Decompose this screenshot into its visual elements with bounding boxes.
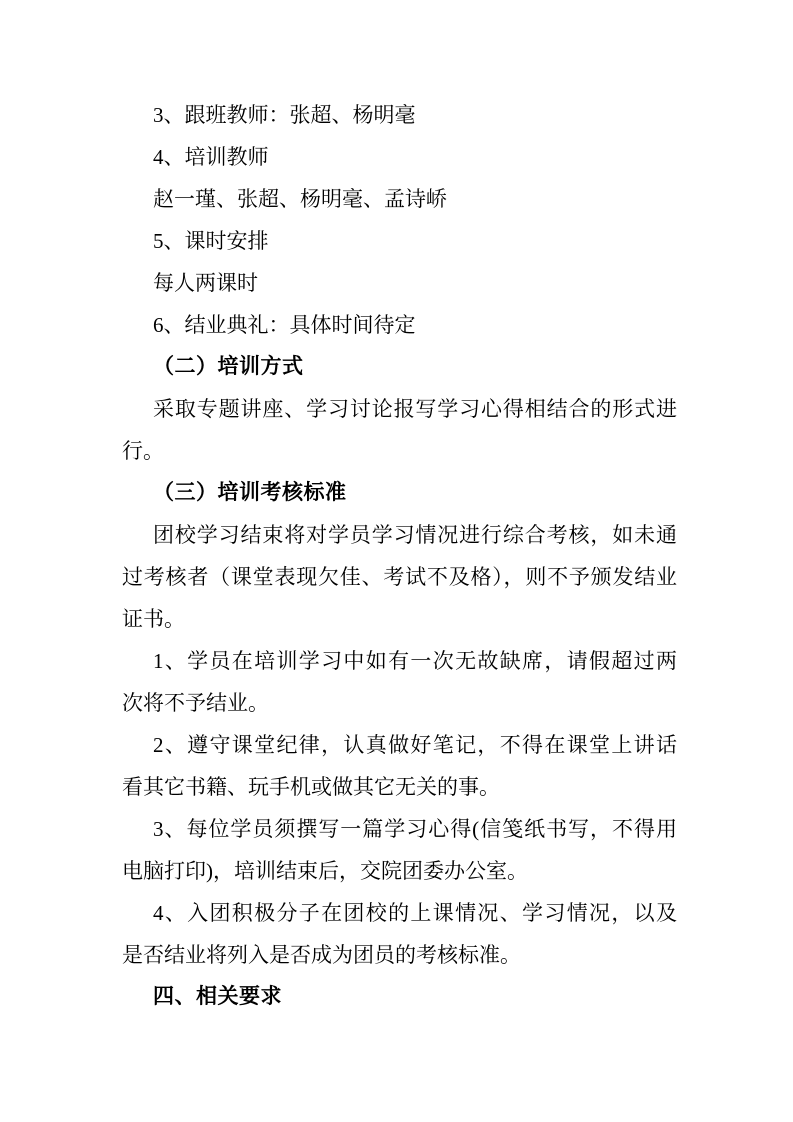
body-line: 看其它书籍、玩手机或做其它无关的事。 xyxy=(122,766,677,808)
body-line: 1、学员在培训学习中如有一次无故缺席，请假超过两 xyxy=(122,640,677,682)
body-line: 行。 xyxy=(122,430,677,472)
body-line: 证书。 xyxy=(122,598,677,640)
body-line: 4、培训教师 xyxy=(122,136,677,178)
body-line: 赵一瑾、张超、杨明毫、孟诗峤 xyxy=(122,178,677,220)
body-line: 采取专题讲座、学习讨论报写学习心得相结合的形式进 xyxy=(122,388,677,430)
body-line: 5、课时安排 xyxy=(122,220,677,262)
body-line: 团校学习结束将对学员学习情况进行综合考核，如未通 xyxy=(122,514,677,556)
body-line: 6、结业典礼：具体时间待定 xyxy=(122,304,677,346)
body-line: 每人两课时 xyxy=(122,262,677,304)
document-body: 3、跟班教师：张超、杨明毫4、培训教师赵一瑾、张超、杨明毫、孟诗峤5、课时安排每… xyxy=(122,94,677,1018)
heading-line: 四、相关要求 xyxy=(122,976,677,1018)
heading-line: （三）培训考核标准 xyxy=(122,472,677,514)
document-page: 3、跟班教师：张超、杨明毫4、培训教师赵一瑾、张超、杨明毫、孟诗峤5、课时安排每… xyxy=(0,0,793,1122)
body-line: 次将不予结业。 xyxy=(122,682,677,724)
heading-line: （二）培训方式 xyxy=(122,346,677,388)
body-line: 2、遵守课堂纪律，认真做好笔记，不得在课堂上讲话 xyxy=(122,724,677,766)
body-line: 3、每位学员须撰写一篇学习心得(信笺纸书写，不得用 xyxy=(122,808,677,850)
body-line: 电脑打印)，培训结束后，交院团委办公室。 xyxy=(122,850,677,892)
body-line: 4、入团积极分子在团校的上课情况、学习情况，以及 xyxy=(122,892,677,934)
body-line: 3、跟班教师：张超、杨明毫 xyxy=(122,94,677,136)
body-line: 是否结业将列入是否成为团员的考核标准。 xyxy=(122,934,677,976)
body-line: 过考核者（课堂表现欠佳、考试不及格），则不予颁发结业 xyxy=(122,556,677,598)
